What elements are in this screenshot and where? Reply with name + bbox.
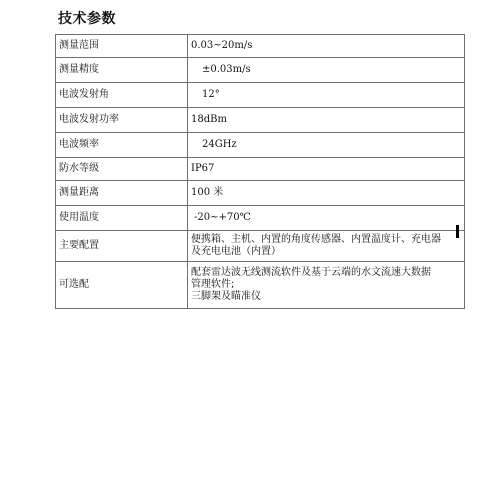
- row-value: ±0.03m/s: [188, 58, 465, 83]
- row-value: -20~+70℃: [188, 206, 465, 231]
- row-value: 100 米: [188, 181, 465, 206]
- table-row: 可选配 配套雷达波无线测流软件及基于云端的水文流速大数据 管理软件; 三脚架及瞄…: [56, 262, 465, 309]
- row-value: 便携箱、主机、内置的角度传感器、内置温度计、充电器 及充电电池（内置）: [188, 231, 465, 262]
- row-value: 24GHz: [188, 133, 465, 158]
- row-label: 测量精度: [56, 58, 188, 83]
- table-row: 电波发射功率 18dBm: [56, 108, 465, 133]
- section-title: 技术参数: [58, 8, 116, 28]
- table-row: 测量精度 ±0.03m/s: [56, 58, 465, 83]
- row-value-line: 三脚架及瞄准仪: [191, 291, 461, 303]
- row-value-line: 配套雷达波无线测流软件及基于云端的水文流速大数据: [191, 267, 461, 279]
- row-label: 电波发射角: [56, 83, 188, 108]
- table-row: 防水等级 IP67: [56, 158, 465, 181]
- table-row: 测量范围 0.03~20m/s: [56, 35, 465, 58]
- row-label: 电波发射功率: [56, 108, 188, 133]
- table-row: 电波发射角 12°: [56, 83, 465, 108]
- row-label: 电波频率: [56, 133, 188, 158]
- row-label: 可选配: [56, 262, 188, 309]
- row-value: 0.03~20m/s: [188, 35, 465, 58]
- table-row: 使用温度 -20~+70℃: [56, 206, 465, 231]
- row-value-line: 便携箱、主机、内置的角度传感器、内置温度计、充电器: [191, 234, 461, 246]
- row-value: 18dBm: [188, 108, 465, 133]
- spec-table: 测量范围 0.03~20m/s 测量精度 ±0.03m/s 电波发射角 12° …: [55, 34, 465, 309]
- row-label: 使用温度: [56, 206, 188, 231]
- row-value-line: 及充电电池（内置）: [191, 246, 461, 258]
- table-row: 主要配置 便携箱、主机、内置的角度传感器、内置温度计、充电器 及充电电池（内置）: [56, 231, 465, 262]
- row-value: 12°: [188, 83, 465, 108]
- row-label: 防水等级: [56, 158, 188, 181]
- row-value: IP67: [188, 158, 465, 181]
- text-cursor-mark: [456, 225, 459, 238]
- document-page: 技术参数 测量范围 0.03~20m/s 测量精度 ±0.03m/s 电波发射角…: [0, 0, 500, 486]
- table-row: 测量距离 100 米: [56, 181, 465, 206]
- table-row: 电波频率 24GHz: [56, 133, 465, 158]
- row-label: 测量距离: [56, 181, 188, 206]
- row-value-line: 管理软件;: [191, 279, 461, 291]
- row-label: 测量范围: [56, 35, 188, 58]
- row-value: 配套雷达波无线测流软件及基于云端的水文流速大数据 管理软件; 三脚架及瞄准仪: [188, 262, 465, 309]
- row-label: 主要配置: [56, 231, 188, 262]
